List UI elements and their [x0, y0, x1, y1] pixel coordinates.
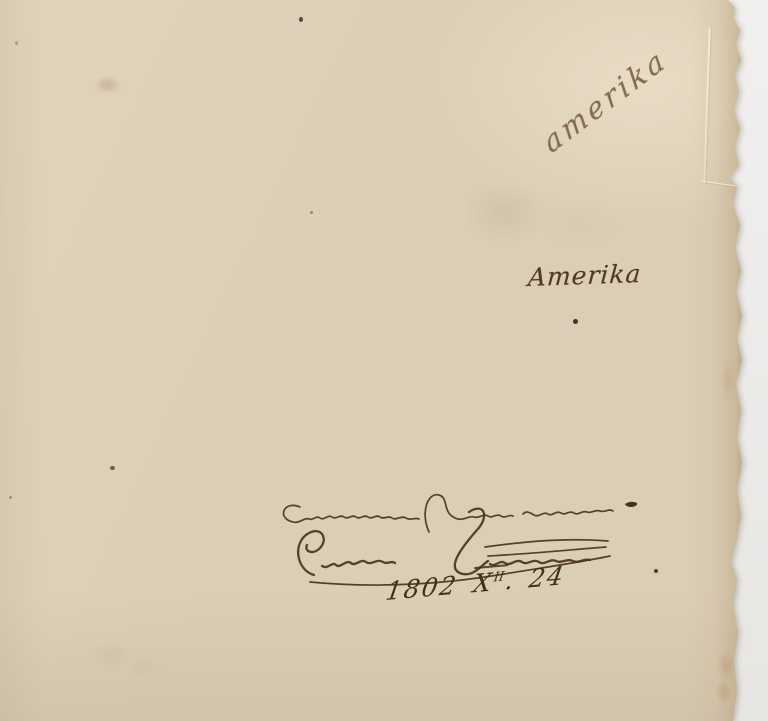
paper-sheet: amerika Amerika 1802XII.24 [0, 0, 768, 721]
date-day: 24 [527, 561, 567, 594]
date-month: XII [469, 564, 508, 599]
date-month-superscript: II [493, 569, 506, 585]
ink-speck [299, 17, 303, 22]
ink-speck [654, 569, 658, 573]
paper-surface: amerika Amerika 1802XII.24 [0, 0, 768, 721]
ink-speck [15, 41, 18, 45]
inscription-line1-scrawl [284, 495, 613, 532]
ink-speck [310, 211, 313, 214]
ink-speck [573, 319, 578, 324]
inscription-amerika: Amerika [527, 259, 643, 292]
ink-speck [9, 496, 12, 499]
photograph: amerika Amerika 1802XII.24 [0, 0, 768, 721]
ink-speck [110, 466, 115, 470]
signature-crossbar-flourish [485, 540, 608, 547]
ink-blot [625, 502, 637, 507]
stain [99, 79, 116, 90]
